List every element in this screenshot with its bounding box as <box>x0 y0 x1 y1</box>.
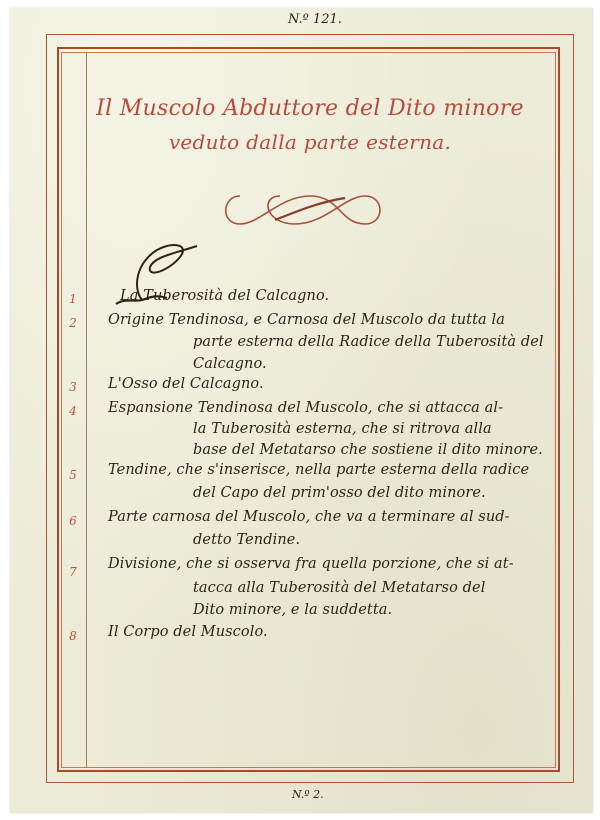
entry-line: Dito minore, e la suddetta. <box>193 602 392 618</box>
entry-number: 3 <box>63 380 83 394</box>
entry-number: 5 <box>63 468 83 482</box>
entry-line: Il Corpo del Muscolo. <box>108 624 268 640</box>
entry-line: la Tuberosità esterna, che si ritrova al… <box>193 421 492 437</box>
page-subtitle: veduto dalla parte esterna. <box>90 130 530 154</box>
entry-number: 8 <box>63 629 83 643</box>
entry-number: 7 <box>63 565 83 579</box>
entry-line: Tendine, che s'inserisce, nella parte es… <box>108 462 529 478</box>
folio-number-bottom: N.º 2. <box>292 788 324 801</box>
entry-line: del Capo del prim'osso del dito minore. <box>193 485 486 501</box>
entry-line: parte esterna della Radice della Tuberos… <box>193 334 544 350</box>
entry-line: Calcagno. <box>193 356 267 372</box>
entry-line: detto Tendine. <box>193 532 300 548</box>
entry-line: tacca alla Tuberosità del Metatarso del <box>193 580 485 596</box>
entry-number: 2 <box>63 316 83 330</box>
entry-line: La Tuberosità del Calcagno. <box>120 288 329 304</box>
entry-line: Parte carnosa del Muscolo, che va a term… <box>108 509 510 525</box>
entry-number: 6 <box>63 514 83 528</box>
flourish-ornament-icon <box>220 190 385 230</box>
entry-number: 4 <box>63 404 83 418</box>
page-title: Il Muscolo Abduttore del Dito minore <box>90 96 530 121</box>
folio-number-top: N.º 121. <box>288 12 342 27</box>
entry-line: Divisione, che si osserva fra quella por… <box>108 556 514 572</box>
entry-line: Origine Tendinosa, e Carnosa del Muscolo… <box>108 312 505 328</box>
entry-number: 1 <box>63 292 83 306</box>
entry-line: L'Osso del Calcagno. <box>108 376 264 392</box>
entry-line: Espansione Tendinosa del Muscolo, che si… <box>108 400 503 416</box>
entry-line: base del Metatarso che sostiene il dito … <box>193 442 543 458</box>
margin-rule <box>86 52 87 768</box>
